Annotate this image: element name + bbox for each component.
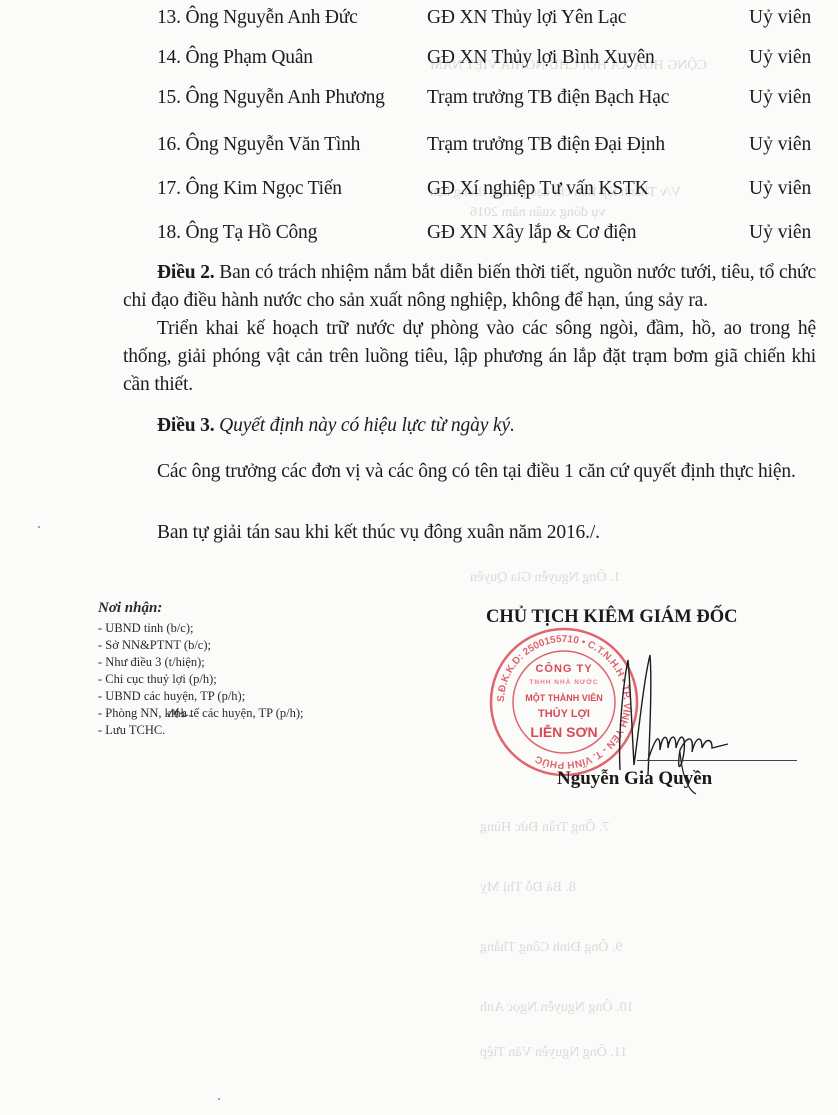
member-position: GĐ XN Thủy lợi Yên Lạc <box>427 7 626 29</box>
member-position: GĐ XN Xây lắp & Cơ điện <box>427 222 636 244</box>
recipient-item: - UBND các huyện, TP (p/h); <box>98 688 304 705</box>
member-role: Uỷ viên <box>749 87 811 109</box>
article-3-text: Quyết định này có hiệu lực từ ngày ký. <box>214 415 514 436</box>
article-3: Điều 3. Quyết định này có hiệu lực từ ng… <box>123 412 816 440</box>
member-name: 18. Ông Tạ Hồ Công <box>157 222 317 244</box>
article-2-paragraph-2: Triển khai kế hoạch trữ nước dự phòng và… <box>123 315 816 399</box>
member-row: 14. Ông Phạm QuânGĐ XN Thủy lợi Bình Xuy… <box>0 47 838 77</box>
member-role: Uỷ viên <box>749 222 811 244</box>
article-2-text: Ban có trách nhiệm nắm bắt diễn biến thờ… <box>123 262 816 311</box>
member-name: 14. Ông Phạm Quân <box>157 47 313 69</box>
signer-name: Nguyễn Gia Quyền <box>557 768 712 790</box>
recipient-item: - Lưu TCHC. <box>98 722 304 739</box>
member-row: 13. Ông Nguyễn Anh ĐứcGĐ XN Thủy lợi Yên… <box>0 7 838 37</box>
implementation-paragraph: Các ông trưởng các đơn vị và các ông có … <box>123 458 816 486</box>
member-role: Uỷ viên <box>749 47 811 69</box>
member-role: Uỷ viên <box>749 178 811 200</box>
member-position: GĐ Xí nghiệp Tư vấn KSTK <box>427 178 649 200</box>
member-name: 13. Ông Nguyễn Anh Đức <box>157 7 358 29</box>
recipients-block: Nơi nhận: - UBND tỉnh (b/c);- Sở NN&PTNT… <box>98 600 304 739</box>
member-role: Uỷ viên <box>749 7 811 29</box>
member-row: 16. Ông Nguyễn Văn TìnhTrạm trưởng TB đi… <box>0 134 838 164</box>
scan-speck <box>38 526 40 528</box>
member-row: 18. Ông Tạ Hồ CôngGĐ XN Xây lắp & Cơ điệ… <box>0 222 838 252</box>
bleed-through: 11. Ông Nguyễn Văn Tiệp <box>480 1045 627 1061</box>
bleed-through: 10. Ông Nguyễn Ngọc Anh <box>480 1000 634 1016</box>
member-role: Uỷ viên <box>749 134 811 156</box>
initials-mark <box>166 705 194 721</box>
recipients-title: Nơi nhận: <box>98 600 304 617</box>
recipient-item: - Sở NN&PTNT (b/c); <box>98 637 304 654</box>
article-2: Điều 2. Ban có trách nhiệm nắm bắt diễn … <box>123 259 816 315</box>
dissolution-paragraph: Ban tự giải tán sau khi kết thúc vụ đông… <box>123 519 816 547</box>
member-position: Trạm trưởng TB điện Bạch Hạc <box>427 87 669 109</box>
member-name: 15. Ông Nguyễn Anh Phương <box>157 87 385 109</box>
member-position: GĐ XN Thủy lợi Bình Xuyên <box>427 47 655 69</box>
recipient-item: - Phòng NN, kinh tế các huyện, TP (p/h); <box>98 705 304 722</box>
member-row: 15. Ông Nguyễn Anh PhươngTrạm trưởng TB … <box>0 87 838 117</box>
member-row: 17. Ông Kim Ngọc TiếnGĐ Xí nghiệp Tư vấn… <box>0 178 838 208</box>
article-2-label: Điều 2. <box>157 262 215 283</box>
member-position: Trạm trưởng TB điện Đại Định <box>427 134 665 156</box>
bleed-through: 8. Bà Đỗ Thị Mỵ <box>480 880 576 896</box>
signer-title: CHỦ TỊCH KIÊM GIÁM ĐỐC <box>486 607 737 628</box>
member-name: 17. Ông Kim Ngọc Tiến <box>157 178 342 200</box>
bleed-through: 9. Ông Đinh Công Thắng <box>480 940 622 956</box>
recipient-item: - Như điều 3 (t/hiện); <box>98 654 304 671</box>
bleed-through: 7. Ông Trần Đức Hùng <box>480 820 609 836</box>
scan-speck <box>218 1098 220 1100</box>
article-3-label: Điều 3. <box>157 415 214 436</box>
recipient-item: - UBND tỉnh (b/c); <box>98 620 304 637</box>
signature-underline <box>637 760 797 761</box>
recipient-item: - Chi cục thuỷ lợi (p/h); <box>98 671 304 688</box>
bleed-through: 1. Ông Nguyễn Gia Quyền <box>470 570 620 586</box>
member-name: 16. Ông Nguyễn Văn Tình <box>157 134 360 156</box>
